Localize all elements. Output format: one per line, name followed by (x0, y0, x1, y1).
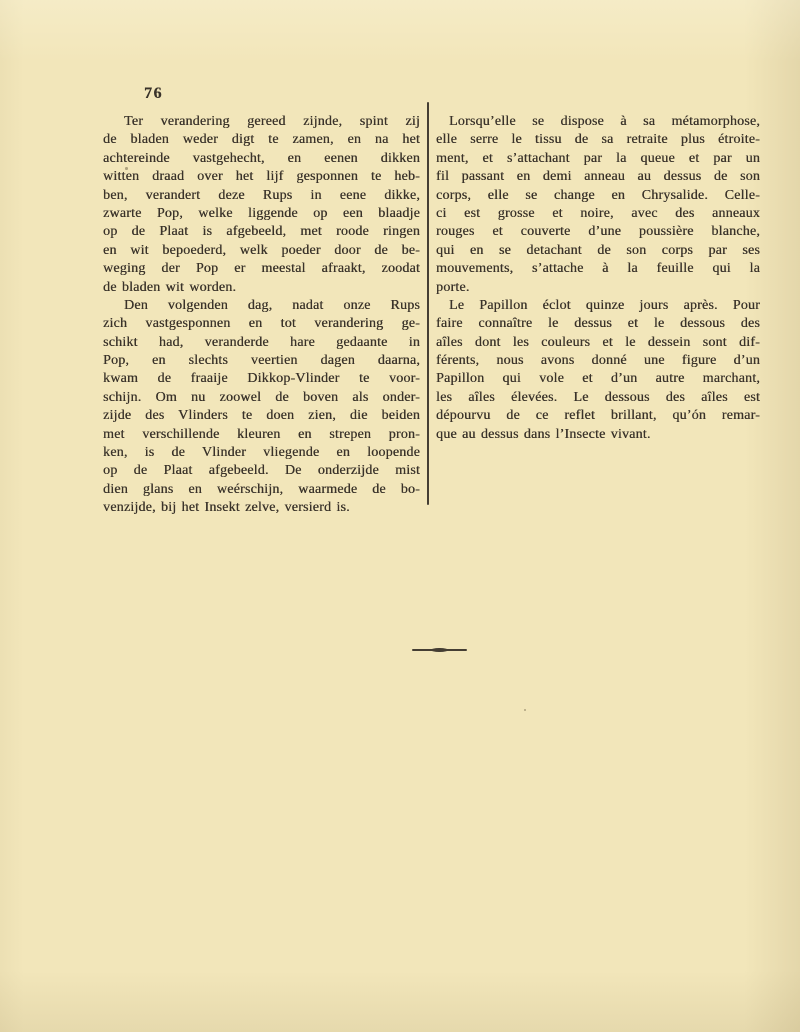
text-line: férents, nous avons donné une figure d’u… (436, 352, 760, 370)
text-line: venzijde, bij het Insekt zelve, versierd… (103, 499, 420, 517)
text-line: faire connaître le dessus et le dessous … (436, 315, 760, 333)
text-line: Ter verandering gereed zijnde, spint zij (103, 113, 420, 131)
text-line: weging der Pop er meestal afraakt, zooda… (103, 260, 420, 278)
text-line: en wit bepoederd, welk poeder door de be… (103, 242, 420, 260)
text-line: Den volgenden dag, nadat onze Rups (103, 297, 420, 315)
text-line: ci est grosse et noire, avec des anneaux (436, 205, 760, 223)
text-line: corps, elle se change en Chrysalide. Cel… (436, 187, 760, 205)
text-line: dépourvu de ce reflet brillant, qu’ón re… (436, 407, 760, 425)
text-line: elle serre le tissu de sa retraite plus … (436, 131, 760, 149)
text-line: op de Plaat is afgebeeld, met roode ring… (103, 223, 420, 241)
text-line: Lorsqu’elle se dispose à sa métamorphose… (436, 113, 760, 131)
text-line: Le Papillon éclot quinze jours après. Po… (436, 297, 760, 315)
text-line: ken, is de Vlinder vliegende en loopende (103, 444, 420, 462)
text-line: porte. (436, 279, 760, 297)
text-line: Papillon qui vole et d’un autre marchant… (436, 370, 760, 388)
text-line: mouvements, s’attache à la feuille qui l… (436, 260, 760, 278)
section-end-rule-ornament (412, 646, 467, 654)
text-line: que au dessus dans l’Insecte vivant. (436, 426, 760, 444)
text-line: dien glans en weérschijn, waarmede de bo… (103, 481, 420, 499)
column-divider-rule (427, 102, 429, 505)
text-line: zijde des Vlinders te doen zien, die bei… (103, 407, 420, 425)
paper-speck (524, 709, 526, 711)
paper-speck (125, 167, 128, 170)
text-line: qui en se detachant de son corps par ses (436, 242, 760, 260)
text-line: schikt had, veranderde hare gedaante in (103, 334, 420, 352)
page-number: 76 (144, 85, 163, 103)
text-line: ben, verandert deze Rups in eene dikke, (103, 187, 420, 205)
book-page: 76 Ter verandering gereed zijnde, spint … (0, 0, 800, 1032)
column-french-text: Lorsqu’elle se dispose à sa métamorphose… (436, 113, 760, 444)
text-line: de bladen wit worden. (103, 279, 420, 297)
text-line: zich vastgesponnen en tot verandering ge… (103, 315, 420, 333)
text-line: met verschillende kleuren en strepen pro… (103, 426, 420, 444)
text-line: schijn. Om nu zoowel de boven als onder- (103, 389, 420, 407)
text-line: les aîles élevées. Le dessous des aîles … (436, 389, 760, 407)
text-line: witten draad over het lijf gesponnen te … (103, 168, 420, 186)
column-dutch-text: Ter verandering gereed zijnde, spint zij… (103, 113, 420, 518)
text-line: zwarte Pop, welke liggende op een blaadj… (103, 205, 420, 223)
text-line: achtereinde vastgehecht, en eenen dikken (103, 150, 420, 168)
text-line: kwam de fraaije Dikkop-Vlinder te voor- (103, 370, 420, 388)
text-line: Pop, en slechts veertien dagen daarna, (103, 352, 420, 370)
text-line: ment, et s’attachant par la queue et par… (436, 150, 760, 168)
text-line: aîles dont les couleurs et le dessein so… (436, 334, 760, 352)
text-line: fil passant en demi anneau au dessus de … (436, 168, 760, 186)
text-line: de bladen weder digt te zamen, en na het (103, 131, 420, 149)
text-line: rouges et couverte d’une poussière blanc… (436, 223, 760, 241)
text-line: op de Plaat afgebeeld. De onderzijde mis… (103, 462, 420, 480)
